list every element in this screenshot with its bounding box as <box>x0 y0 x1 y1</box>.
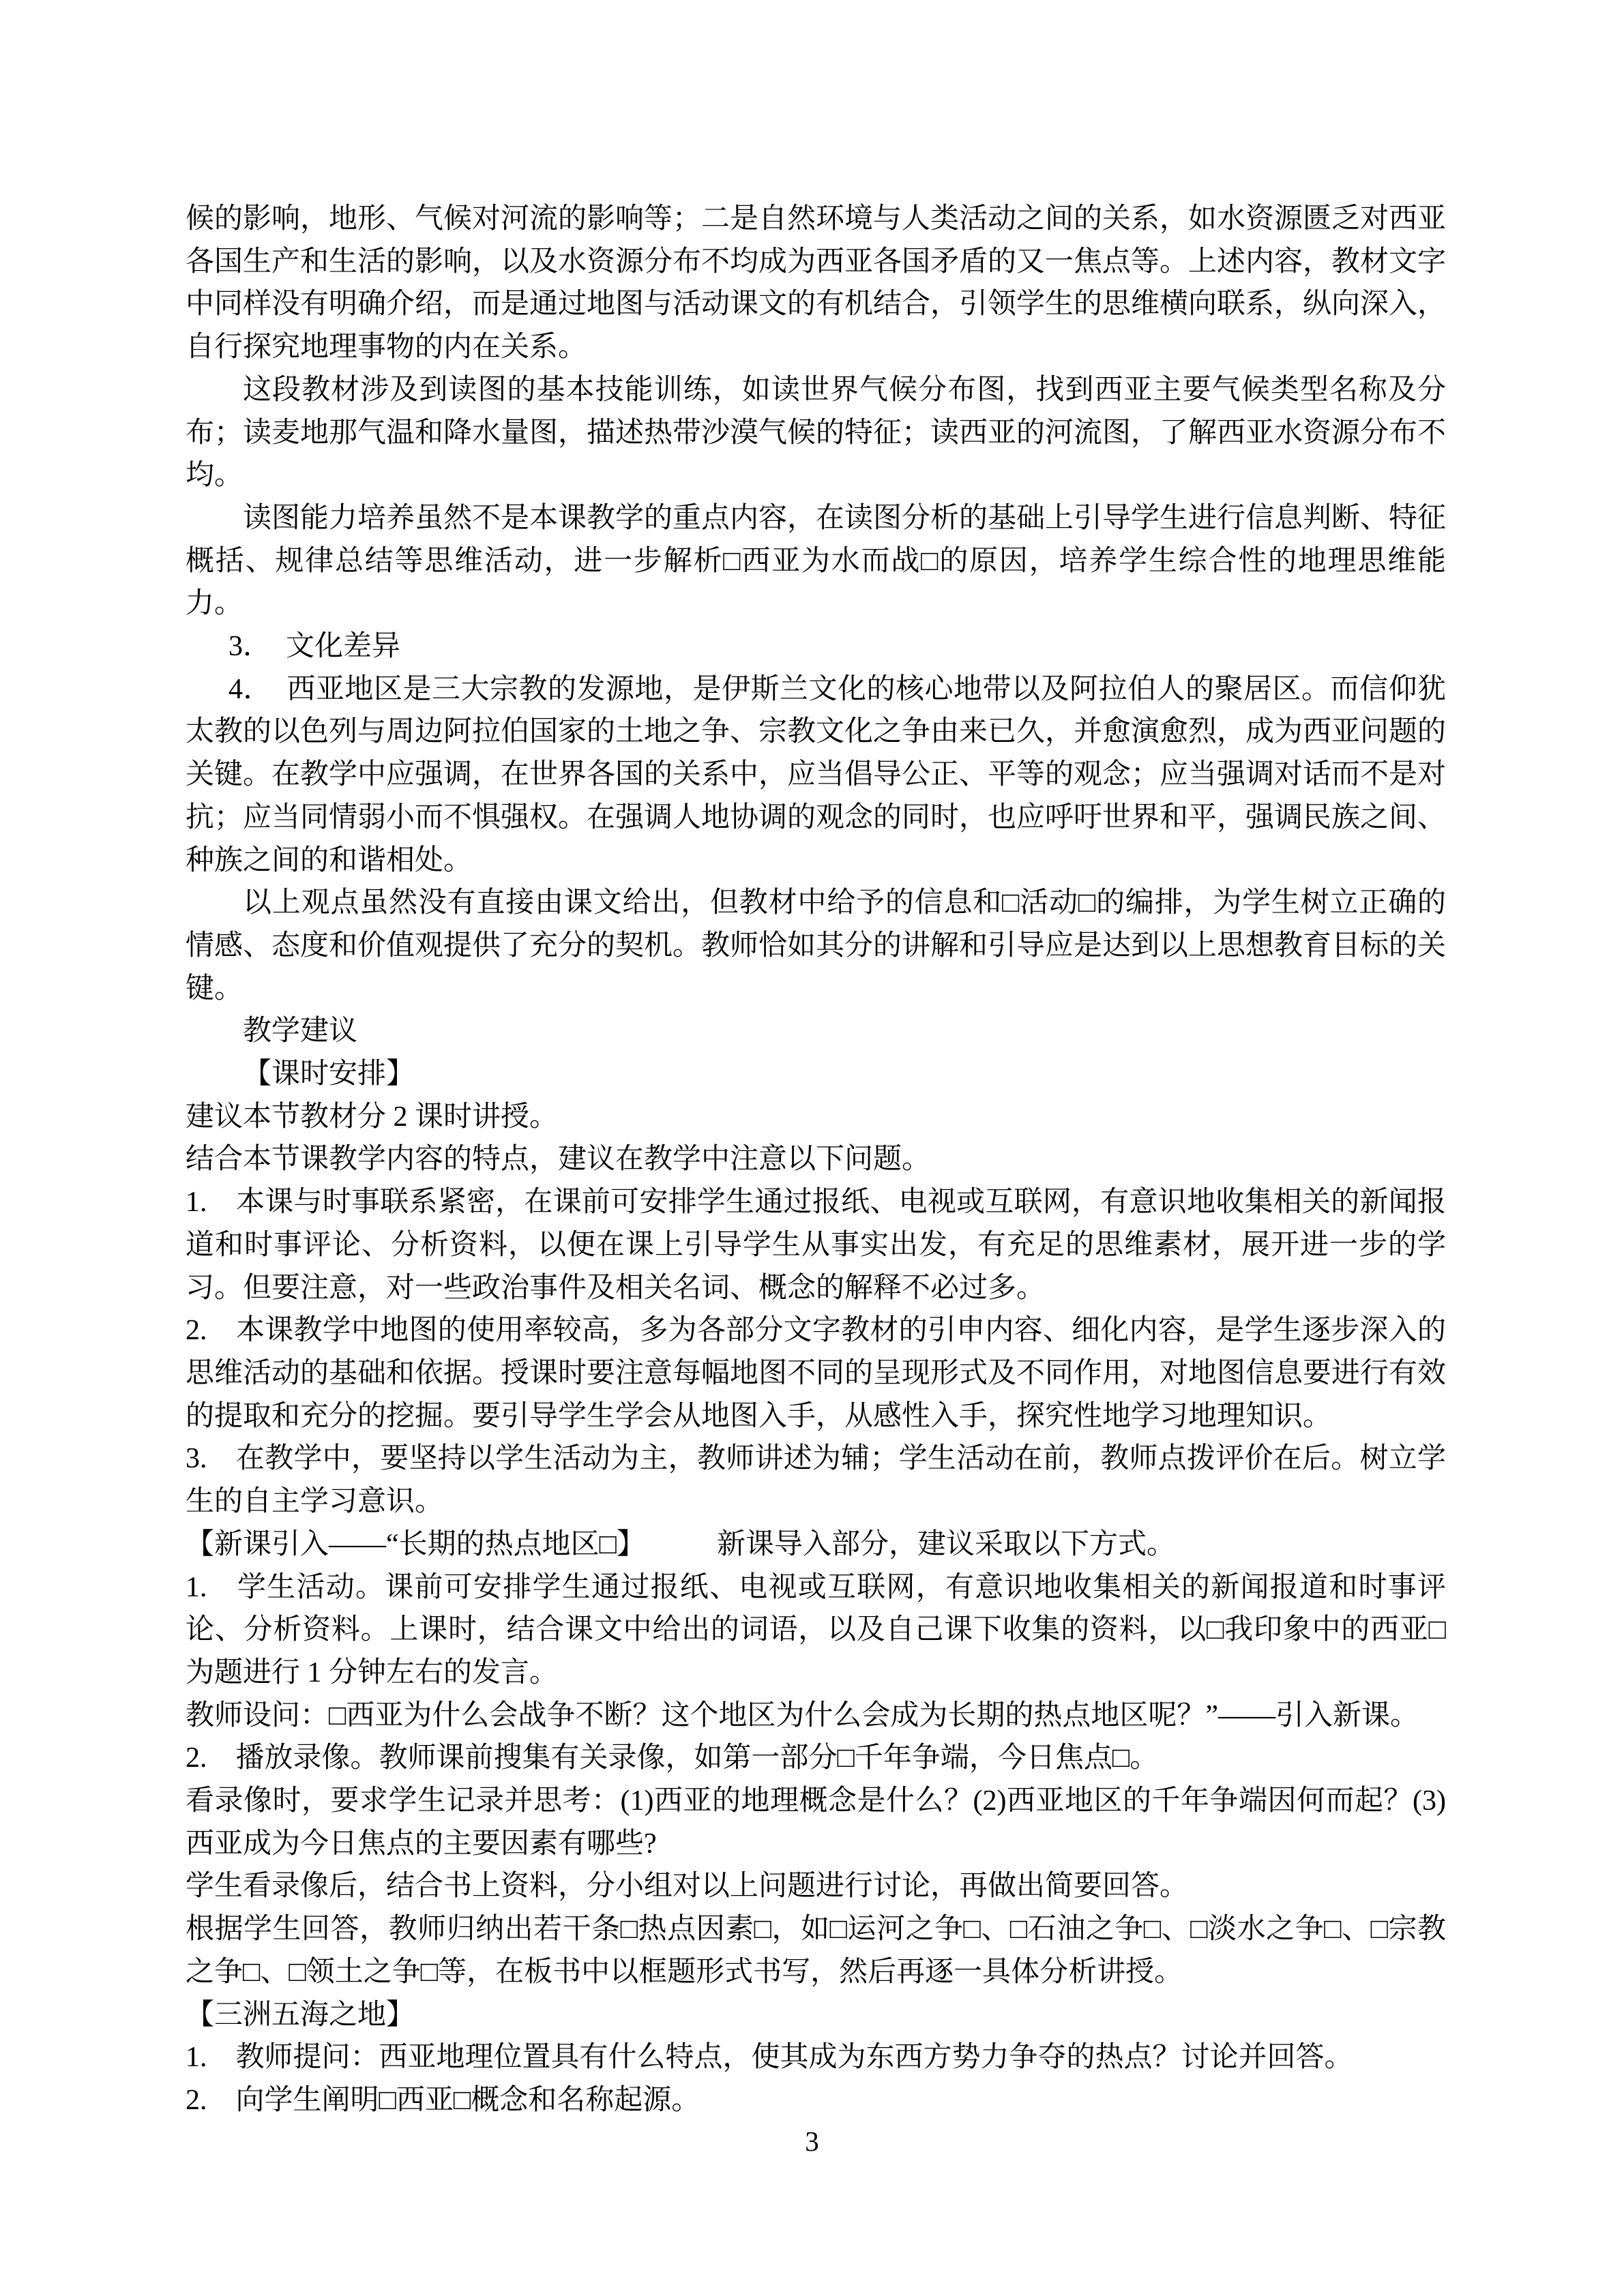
heading-three-continents-five-seas: 【三洲五海之地】 <box>186 1994 1446 2037</box>
numbered-item-explain-west-asia: 2. 向学生阐明□西亚□概念和名称起源。 <box>186 2079 1446 2122</box>
body-paragraph: 看录像时，要求学生记录并思考：(1)西亚的地理概念是什么？(2)西亚地区的千年争… <box>186 1780 1446 1865</box>
numbered-item-3: 3. 在教学中，要坚持以学生活动为主，教师讲述为辅；学生活动在前，教师点拨评价在… <box>186 1437 1446 1523</box>
body-paragraph: 以上观点虽然没有直接由课文给出，但教材中给予的信息和□活动□的编排，为学生树立正… <box>186 882 1446 1010</box>
heading-teaching-suggestions: 教学建议 <box>186 1010 1446 1053</box>
sub-item-play-video: 2. 播放录像。教师课前搜集有关录像，如第一部分□千年争端，今日焦点□。 <box>186 1737 1446 1780</box>
sub-item-student-activity: 1. 学生活动。课前可安排学生通过报纸、电视或互联网，有意识地收集相关的新闻报道… <box>186 1566 1446 1695</box>
numbered-item-2: 2. 本课教学中地图的使用率较高，多为各部分文字教材的引申内容、细化内容，是学生… <box>186 1309 1446 1437</box>
body-paragraph: 候的影响，地形、气候对河流的影响等；二是自然环境与人类活动之间的关系，如水资源匮… <box>186 198 1446 369</box>
body-paragraph: 学生看录像后，结合书上资料，分小组对以上问题进行讨论，再做出简要回答。 <box>186 1865 1446 1908</box>
body-paragraph: 结合本节课教学内容的特点，建议在教学中注意以下问题。 <box>186 1138 1446 1181</box>
numbered-item-teacher-question: 1. 教师提问：西亚地理位置具有什么特点，使其成为东西方势力争夺的热点？讨论并回… <box>186 2036 1446 2079</box>
list-item-west-asia-religions: 4． 西亚地区是三大宗教的发源地，是伊斯兰文化的核心地带以及阿拉伯人的聚居区。而… <box>186 668 1446 882</box>
heading-new-lesson-intro: 【新课引入——“长期的热点地区□】 新课导入部分，建议采取以下方式。 <box>186 1523 1446 1566</box>
body-paragraph: 这段教材涉及到读图的基本技能训练，如读世界气候分布图，找到西亚主要气候类型名称及… <box>186 369 1446 497</box>
page-footer: 3 <box>0 2124 1624 2158</box>
document-page: 候的影响，地形、气候对河流的影响等；二是自然环境与人类活动之间的关系，如水资源匮… <box>0 0 1624 2296</box>
page-number: 3 <box>805 2126 819 2157</box>
body-paragraph: 建议本节教材分 2 课时讲授。 <box>186 1096 1446 1139</box>
numbered-item-1: 1. 本课与时事联系紧密，在课前可安排学生通过报纸、电视或互联网，有意识地收集相… <box>186 1181 1446 1309</box>
page-body: 候的影响，地形、气候对河流的影响等；二是自然环境与人类活动之间的关系，如水资源匮… <box>186 198 1446 2122</box>
list-item-culture-difference: 3． 文化差异 <box>186 625 1446 668</box>
body-paragraph: 读图能力培养虽然不是本课教学的重点内容，在读图分析的基础上引导学生进行信息判断、… <box>186 497 1446 625</box>
body-paragraph: 教师设问：□西亚为什么会战争不断？这个地区为什么会成为长期的热点地区呢？”——引… <box>186 1695 1446 1738</box>
body-paragraph: 根据学生回答，教师归纳出若干条□热点因素□，如□运河之争□、□石油之争□、□淡水… <box>186 1908 1446 1993</box>
heading-class-hours: 【课时安排】 <box>186 1053 1446 1096</box>
